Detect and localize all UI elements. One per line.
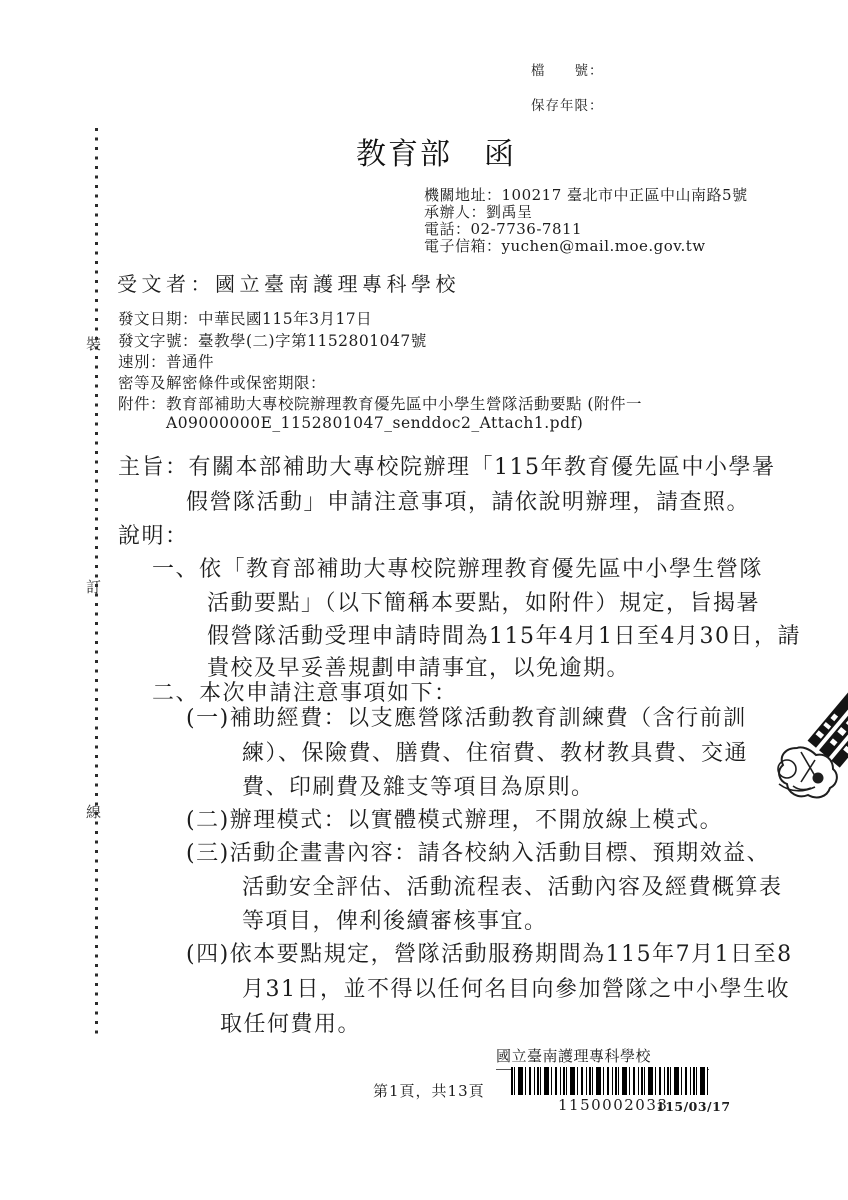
official-letter-page: 檔 號： 保存年限： 教育部 函 機關地址：100217 臺北市中正區中山南路5…: [0, 0, 848, 1200]
page-number-indicator: 第1頁，共13頁: [373, 1080, 485, 1101]
item-1-line-1: 一、依「教育部補助大專校院辦理教育優先區中小學生營隊: [152, 552, 763, 583]
attachment-line-1: 附件：教育部補助大專校院辦理教育優先區中小學生營隊活動要點 (附件一: [118, 392, 642, 414]
sender-email: 電子信箱：yuchen@mail.moe.gov.tw: [424, 235, 706, 256]
item-2-1-line-1: (一)補助經費：以支應營隊活動教育訓練費（含行前訓: [186, 701, 747, 732]
item-2-4-line-1: (四)依本要點規定，營隊活動服務期間為115年7月1日至8: [186, 937, 793, 968]
item-2-2-line-1: (二)辦理模式：以實體模式辦理，不開放線上模式。: [186, 803, 723, 834]
subject-line-2: 假營隊活動」申請注意事項，請依說明辦理，請查照。: [186, 485, 750, 516]
delivery-speed: 速別：普通件: [118, 350, 214, 372]
stamp-graphic: [763, 686, 848, 808]
file-number-label: 檔 號：: [531, 59, 604, 79]
recipient-line: 受文者：國立臺南護理專科學校: [117, 268, 460, 297]
retention-period-label: 保存年限：: [531, 94, 604, 114]
item-2-3-line-3: 等項目，俾利後續審核事宜。: [242, 904, 548, 935]
barcode-number: 1150002033: [558, 1096, 668, 1114]
document-title: 教育部 函: [356, 129, 516, 173]
item-2-3-line-2: 活動安全評估、活動流程表、活動內容及經費概算表: [242, 870, 783, 901]
document-number: 發文字號：臺教學(二)字第1152801047號: [118, 329, 427, 351]
item-1-line-3: 假營隊活動受理申請時間為115年4月1日至4月30日，請: [207, 619, 801, 650]
explanation-heading: 說明：: [118, 519, 189, 550]
barcode-image: [511, 1067, 708, 1095]
barcode-date: 115/03/17: [656, 1099, 731, 1114]
item-1-line-2: 活動要點」（以下簡稱本要點，如附件）規定，旨揭暑: [207, 586, 760, 617]
item-2-1-line-3: 費、印刷費及雜支等項目為原則。: [242, 770, 595, 801]
item-2-4-line-2: 月31日，並不得以任何名目向參加營隊之中小學生收: [242, 972, 790, 1003]
item-2-1-line-2: 練）、保險費、膳費、住宿費、教材教具費、交通: [242, 736, 748, 767]
subject-line-1: 主旨：有關本部補助大專校院辦理「115年教育優先區中小學暑: [118, 450, 776, 481]
issue-date: 發文日期：中華民國115年3月17日: [118, 307, 372, 329]
item-2-4-line-3: 取任何費用。: [220, 1007, 361, 1038]
attachment-line-2: A09000000E_1152801047_senddoc2_Attach1.p…: [166, 414, 583, 432]
binding-mark-xian: 線: [86, 801, 101, 822]
partial-ink-stamp: [763, 686, 848, 808]
item-2-3-line-1: (三)活動企畫書內容：請各校納入活動目標、預期效益、: [186, 836, 770, 867]
binding-mark-ding: 訂: [86, 576, 101, 597]
binding-mark-zhuang: 裝: [86, 333, 101, 354]
security-classification: 密等及解密條件或保密期限：: [118, 371, 326, 393]
